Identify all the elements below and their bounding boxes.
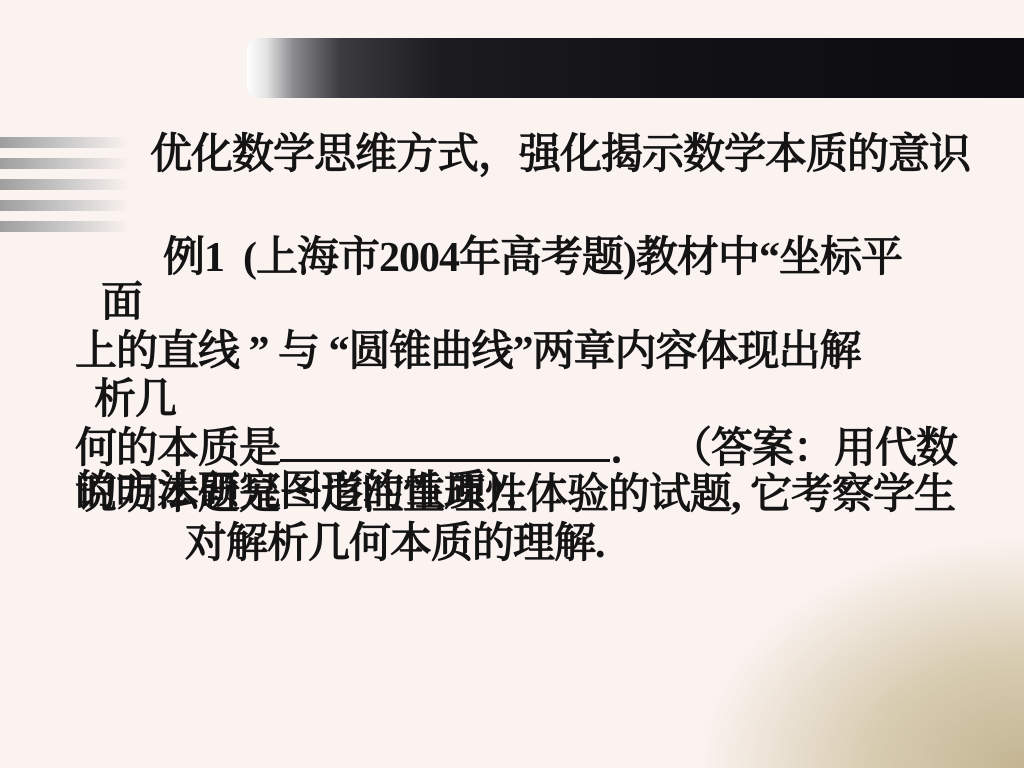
body-line-5-suffix: ． （答案：用代数	[610, 426, 957, 472]
presentation-slide: 优化数学思维方式，强化揭示数学本质的意识 例1 (上海市2004年高考题)教材中…	[0, 0, 1024, 768]
stripe	[0, 158, 135, 169]
answer-blank-underline	[280, 425, 610, 462]
title-banner-bar	[247, 38, 1024, 98]
stripe	[0, 137, 135, 148]
body-line-5-prefix: 何的本质是	[75, 426, 280, 472]
body-line-2: 面	[101, 281, 142, 326]
slide-title: 优化数学思维方式，强化揭示数学本质的意识	[150, 133, 970, 178]
body-line-5: 何的本质是． （答案：用代数	[75, 425, 957, 472]
overlapping-text-comment-line: 说明本题是一道注重理性体验的试题, 它考察学生	[75, 473, 955, 518]
body-line-7: 对解析几何本质的理解.	[185, 522, 605, 567]
stripe	[0, 179, 135, 190]
stripe	[0, 200, 135, 211]
left-stripes-decoration	[0, 137, 135, 242]
stripe	[0, 221, 135, 232]
body-line-1: 例1 (上海市2004年高考题)教材中“坐标平	[163, 236, 902, 281]
body-line-4: 析几	[94, 378, 176, 423]
body-line-3: 上的直线 ” 与 “圆锥曲线”两章内容体现出解	[75, 330, 861, 375]
